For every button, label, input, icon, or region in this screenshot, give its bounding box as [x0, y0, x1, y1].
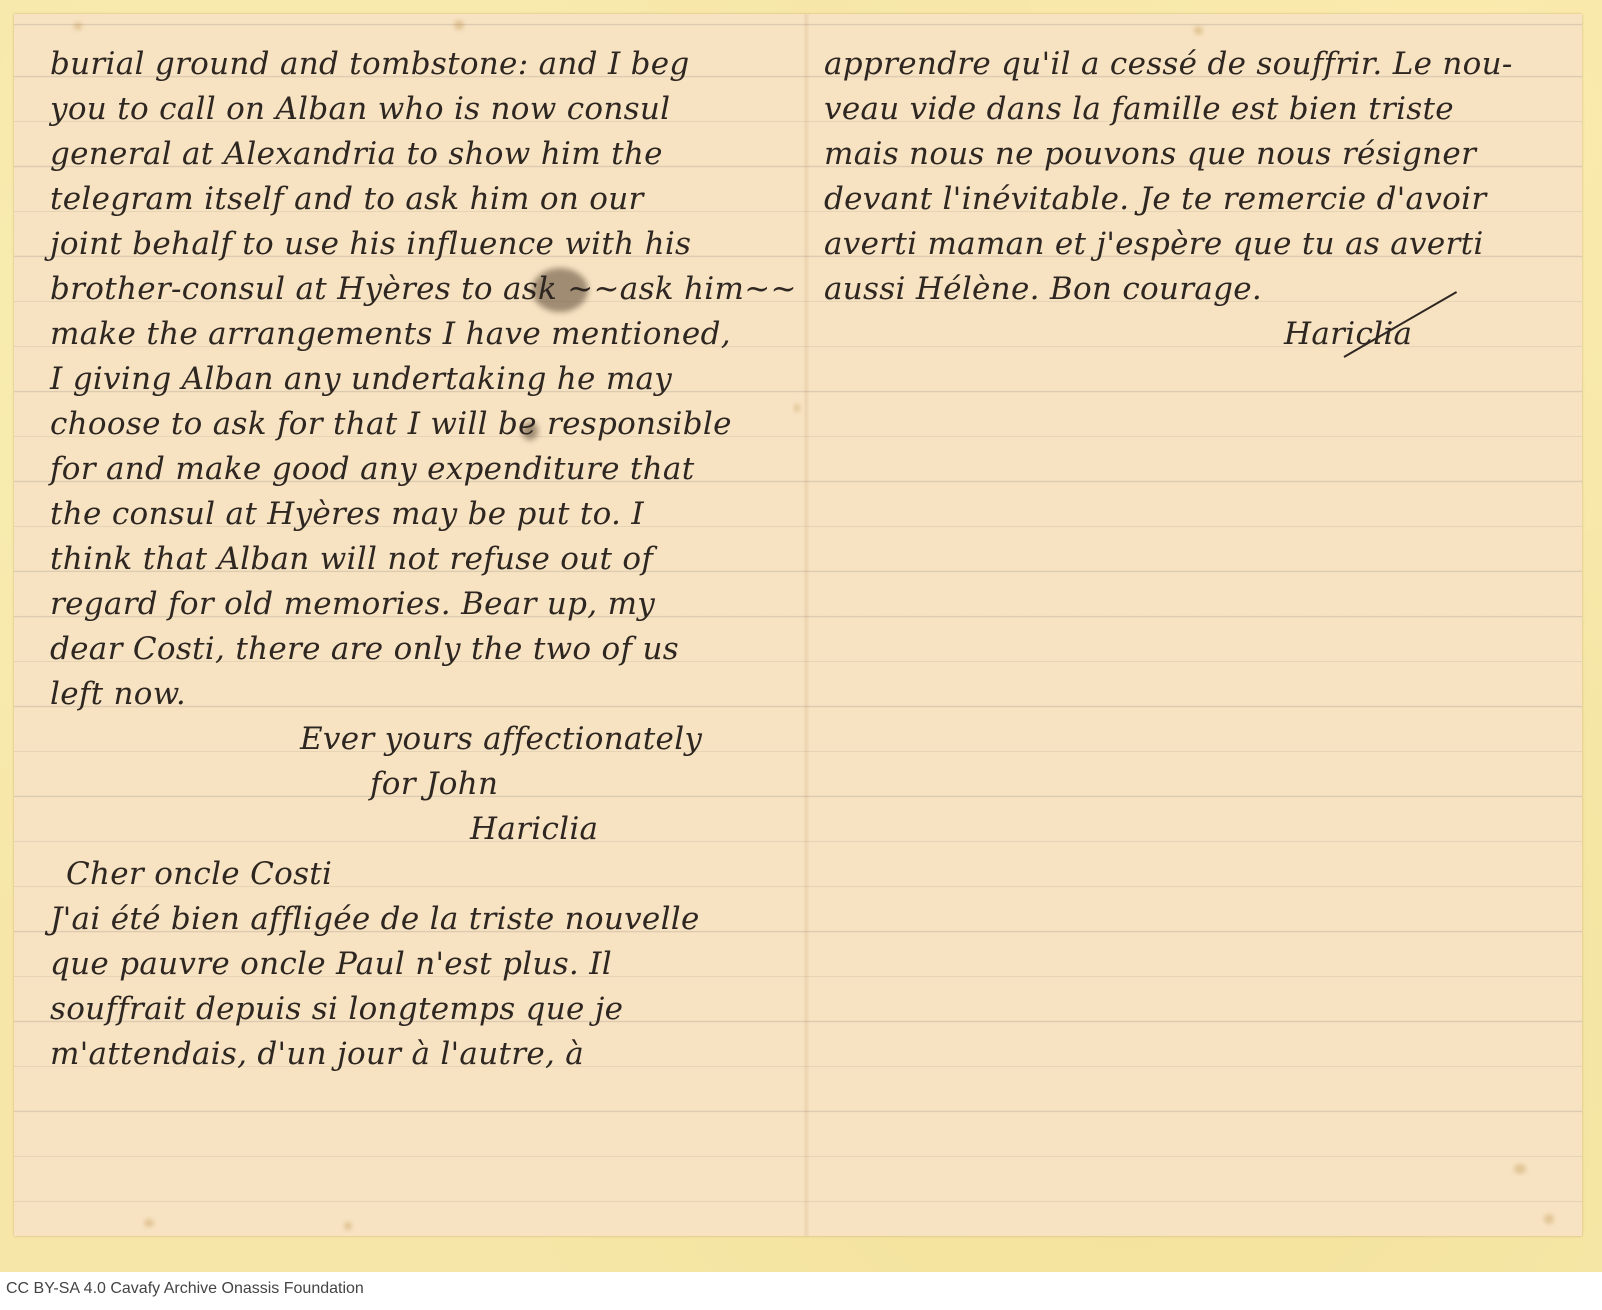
left-page: burial ground and tombstone: and I beg y… [50, 42, 790, 1077]
letter-sheet: burial ground and tombstone: and I beg y… [14, 14, 1582, 1236]
letter-line: joint behalf to use his influence with h… [50, 222, 790, 267]
letter-line: regard for old memories. Bear up, my [50, 582, 790, 627]
letter-line: apprendre qu'il a cessé de souffrir. Le … [824, 42, 1574, 87]
letter-line: m'attendais, d'un jour à l'autre, à [50, 1032, 790, 1077]
for-john-line: for John [50, 762, 790, 807]
signature: Hariclia [824, 312, 1574, 357]
letter-line: general at Alexandria to show him the [50, 132, 790, 177]
letter-line: choose to ask for that I will be respons… [50, 402, 790, 447]
letter-line: burial ground and tombstone: and I beg [50, 42, 790, 87]
letter-line: mais nous ne pouvons que nous résigner [824, 132, 1574, 177]
letter-line: que pauvre oncle Paul n'est plus. Il [50, 942, 790, 987]
letter-line: averti maman et j'espère que tu as avert… [824, 222, 1574, 267]
foxing-spot [1194, 26, 1203, 35]
letter-line: left now. [50, 672, 790, 717]
license-credit: CC BY-SA 4.0 Cavafy Archive Onassis Foun… [6, 1280, 364, 1298]
letter-line: make the arrangements I have mentioned, [50, 312, 790, 357]
foxing-spot [454, 20, 464, 30]
foxing-spot [144, 1219, 154, 1227]
french-salutation: Cher oncle Costi [50, 852, 790, 897]
letter-line: veau vide dans la famille est bien trist… [824, 87, 1574, 132]
foxing-spot [344, 1222, 352, 1230]
right-page: apprendre qu'il a cessé de souffrir. Le … [824, 42, 1574, 357]
letter-line: for and make good any expenditure that [50, 447, 790, 492]
foxing-spot [1544, 1214, 1554, 1224]
letter-line: think that Alban will not refuse out of [50, 537, 790, 582]
letter-line: souffrait depuis si longtemps que je [50, 987, 790, 1032]
letter-line: dear Costi, there are only the two of us [50, 627, 790, 672]
letter-line: brother-consul at Hyères to ask ~~ask hi… [50, 267, 790, 312]
letter-line: devant l'inévitable. Je te remercie d'av… [824, 177, 1574, 222]
signature: Hariclia [50, 807, 790, 852]
letter-line: telegram itself and to ask him on our [50, 177, 790, 222]
letter-line: the consul at Hyères may be put to. I [50, 492, 790, 537]
signature-text: Hariclia [1284, 316, 1412, 352]
letter-line: J'ai été bien affligée de la triste nouv… [50, 897, 790, 942]
letter-line: aussi Hélène. Bon courage. [824, 267, 1574, 312]
closing-phrase: Ever yours affectionately [50, 717, 790, 762]
foxing-spot [74, 22, 82, 30]
letter-line: I giving Alban any undertaking he may [50, 357, 790, 402]
foxing-spot [1514, 1164, 1526, 1174]
letter-line: you to call on Alban who is now consul [50, 87, 790, 132]
foxing-spot [794, 404, 800, 412]
archive-mount-background: burial ground and tombstone: and I beg y… [0, 0, 1602, 1272]
